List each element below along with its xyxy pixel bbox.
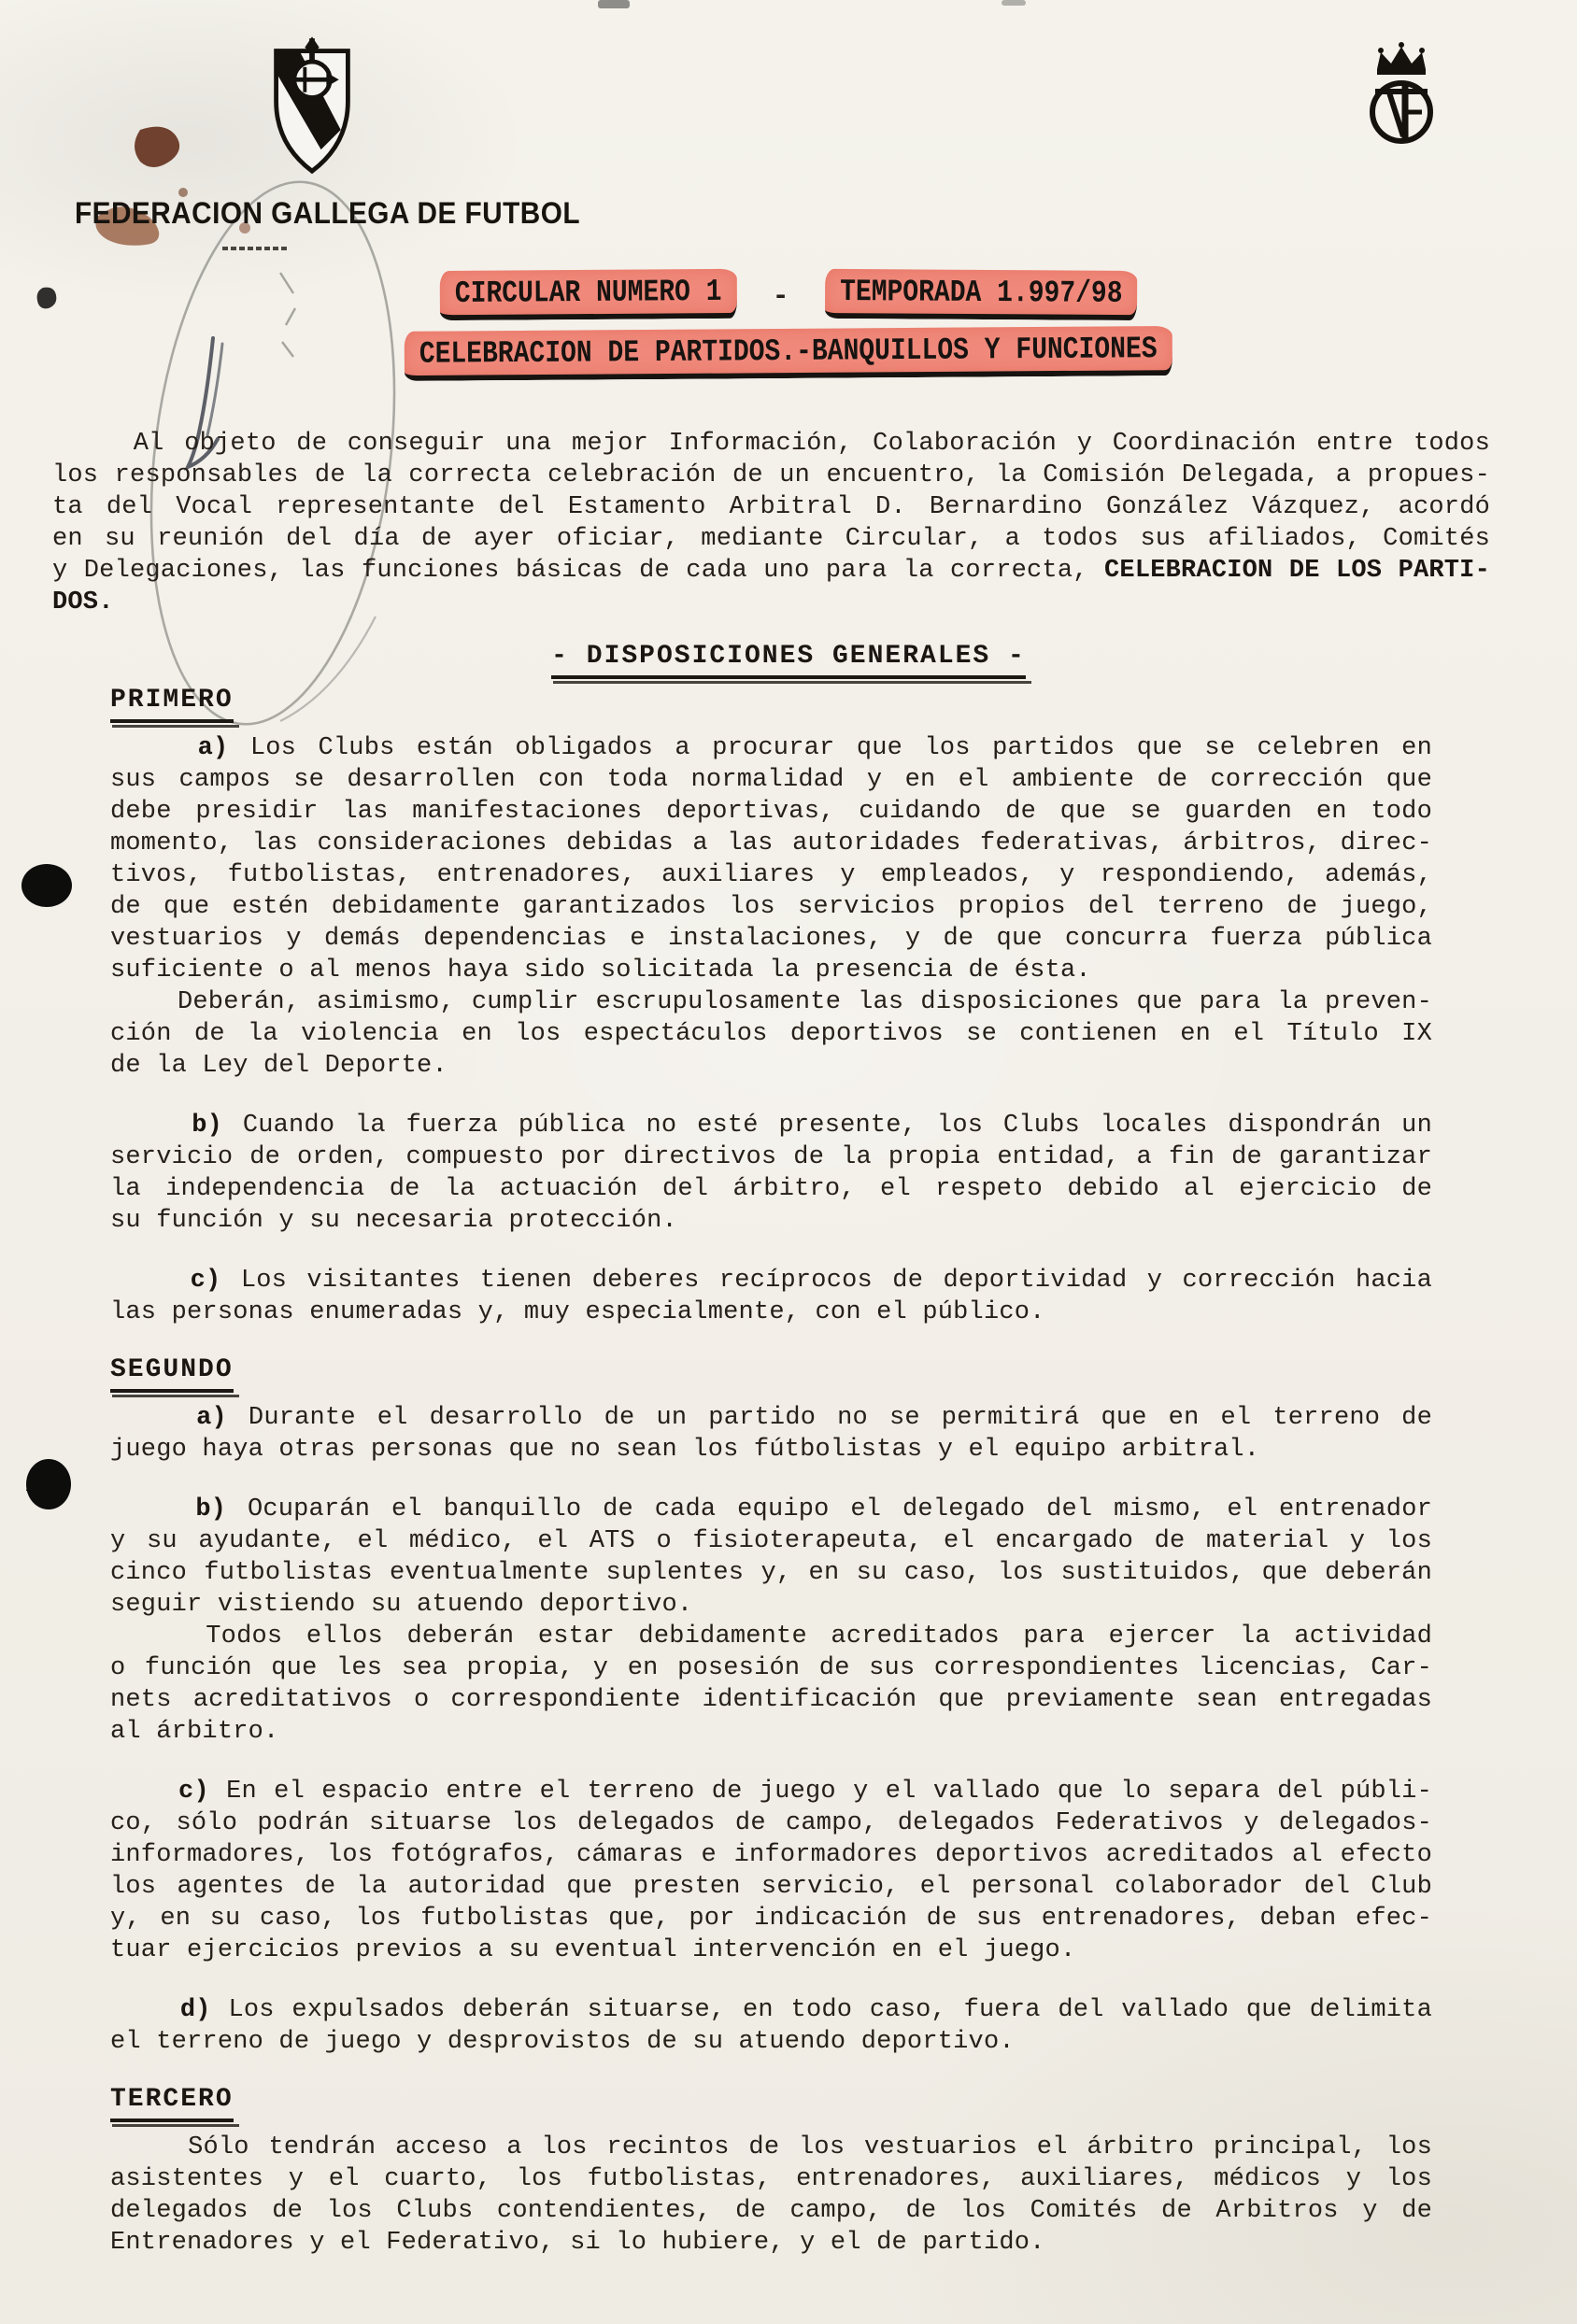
text-line: seguir vistiendo su atuendo deportivo.: [110, 1589, 1432, 1621]
body-paragraph: b) Ocuparán el banquillo de cada equipo …: [110, 1494, 1432, 1621]
text-line: asistentes y el cuarto, los futbolistas,…: [110, 2163, 1432, 2195]
crown-jewel: [1419, 48, 1425, 53]
text-line: momento, las consideraciones debidas a l…: [110, 828, 1432, 859]
heading-text: SEGUNDO: [110, 1354, 234, 1393]
monogram-v-stroke: [1388, 90, 1403, 136]
text-line: vestuarios y demás dependencias e instal…: [110, 923, 1432, 955]
text-line: b) Cuando la fuerza pública no esté pres…: [110, 1110, 1432, 1141]
text-line: Al objeto de conseguir una mejor Informa…: [52, 428, 1490, 460]
text-line: Todos ellos deberán estar debidamente ac…: [110, 1621, 1432, 1652]
section-heading: PRIMERO: [110, 685, 1577, 723]
heading-text: - DISPOSICIONES GENERALES -: [551, 641, 1026, 679]
document-body: Al objeto de conseguir una mejor Informa…: [0, 428, 1577, 2259]
body-paragraph: a) Los Clubs están obligados a procurar …: [110, 732, 1432, 986]
body-paragraph: Todos ellos deberán estar debidamente ac…: [110, 1621, 1432, 1748]
subject-title: CELEBRACION DE PARTIDOS.-BANQUILLOS Y FU…: [405, 326, 1172, 381]
text-line: tuar ejercicios previos a su eventual in…: [110, 1934, 1432, 1966]
scanned-document-page: FEDERACION GALLEGA DE FUTBOL CIRCULAR NU…: [0, 0, 1577, 2324]
text-line: de la Ley del Deporte.: [110, 1050, 1432, 1082]
text-line: servicio de orden, compuesto por directi…: [110, 1141, 1432, 1173]
text-line: los responsables de la correcta celebrac…: [52, 460, 1490, 491]
circular-number-title: CIRCULAR NUMERO 1: [440, 269, 737, 320]
text-line: tivos, futbolistas, entrenadores, auxili…: [110, 859, 1432, 891]
body-paragraph: b) Cuando la fuerza pública no esté pres…: [110, 1110, 1432, 1237]
text-line: los agentes de la autoridad que presten …: [110, 1871, 1432, 1903]
text-line: d) Los expulsados deberán situarse, en t…: [110, 1994, 1432, 2026]
crown-jewel: [1399, 42, 1404, 48]
text-line: a) Los Clubs están obligados a procurar …: [110, 732, 1432, 764]
text-line: y, en su caso, los futbolistas que, por …: [110, 1903, 1432, 1934]
body-paragraph: d) Los expulsados deberán situarse, en t…: [110, 1994, 1432, 2058]
text-line: al árbitro.: [110, 1716, 1432, 1748]
text-line: y Delegaciones, las funciones básicas de…: [52, 555, 1490, 587]
text-line: delegados de los Clubs contendientes, de…: [110, 2195, 1432, 2227]
crown-band: [1377, 69, 1426, 75]
org-name: FEDERACION GALLEGA DE FUTBOL: [75, 196, 580, 231]
text-line: la independencia de la actuación del árb…: [110, 1173, 1432, 1205]
body-paragraph: c) Los visitantes tienen deberes recípro…: [110, 1265, 1432, 1328]
body-paragraph: a) Durante el desarrollo de un partido n…: [110, 1402, 1432, 1466]
federation-shield-logo: [267, 35, 357, 181]
text-line: las personas enumeradas y, muy especialm…: [110, 1297, 1432, 1328]
title-line-1: CIRCULAR NUMERO 1 - TEMPORADA 1.997/98: [0, 277, 1577, 319]
text-line: Entrenadores y el Federativo, si lo hubi…: [110, 2227, 1432, 2259]
text-line: ción de la violencia en los espectáculos…: [110, 1018, 1432, 1050]
scan-edge-mark: [598, 0, 630, 8]
text-line: b) Ocuparán el banquillo de cada equipo …: [110, 1494, 1432, 1525]
body-paragraph: Deberán, asimismo, cumplir escrupulosame…: [110, 986, 1432, 1082]
text-line: cinco futbolistas eventualmente suplente…: [110, 1557, 1432, 1589]
season-title: TEMPORADA 1.997/98: [825, 269, 1138, 320]
text-line: c) En el espacio entre el terreno de jue…: [110, 1776, 1432, 1807]
text-line: co, sólo podrán situarse los delegados d…: [110, 1807, 1432, 1839]
heading-text: TERCERO: [110, 2084, 234, 2122]
crown-jewel: [1378, 48, 1384, 53]
text-line: a) Durante el desarrollo de un partido n…: [110, 1402, 1432, 1434]
body-paragraph: c) En el espacio entre el terreno de jue…: [110, 1776, 1432, 1966]
text-line: el terreno de juego y desprovistos de su…: [110, 2026, 1432, 2058]
text-line: de que estén debidamente garantizados lo…: [110, 891, 1432, 923]
heading-text: PRIMERO: [110, 685, 234, 723]
title-separator-dash: -: [773, 281, 789, 313]
text-line: debe presidir las manifestaciones deport…: [110, 796, 1432, 828]
text-line: su función y su necesaria protección.: [110, 1205, 1432, 1237]
text-line: nets acreditativos o correspondiente ide…: [110, 1684, 1432, 1716]
text-line: Deberán, asimismo, cumplir escrupulosame…: [110, 986, 1432, 1018]
text-line: ta del Vocal representante del Estamento…: [52, 491, 1490, 523]
scan-edge-mark: [1002, 0, 1026, 6]
text-line: juego haya otras personas que no sean lo…: [110, 1434, 1432, 1466]
text-line: y su ayudante, el médico, el ATS o fisio…: [110, 1525, 1432, 1557]
text-line: sus campos se desarrollen con toda norma…: [110, 764, 1432, 796]
text-line: o función que les sea propia, y en poses…: [110, 1652, 1432, 1684]
rust-stain: [135, 127, 179, 167]
body-paragraph: Sólo tendrán acceso a los recintos de lo…: [110, 2132, 1432, 2259]
intro-paragraph: Al objeto de conseguir una mejor Informa…: [52, 428, 1490, 618]
text-line: en su reunión del día de ayer oficiar, m…: [52, 523, 1490, 555]
org-name-underline: [222, 247, 288, 250]
titles-block: CIRCULAR NUMERO 1 - TEMPORADA 1.997/98 C…: [0, 277, 1577, 378]
title-line-2: CELEBRACION DE PARTIDOS.-BANQUILLOS Y FU…: [0, 336, 1577, 378]
section-heading: TERCERO: [110, 2084, 1577, 2122]
text-line: c) Los visitantes tienen deberes recípro…: [110, 1265, 1432, 1297]
text-line: DOS.: [52, 587, 1490, 618]
crown-monogram-logo: [1362, 41, 1441, 157]
text-line: suficiente o al menos haya sido solicita…: [110, 955, 1432, 986]
text-line: Sólo tendrán acceso a los recintos de lo…: [110, 2132, 1432, 2163]
section-heading: SEGUNDO: [110, 1354, 1577, 1393]
general-provisions-heading: - DISPOSICIONES GENERALES -: [0, 641, 1577, 679]
text-line: informadores, los fotógrafos, cámaras e …: [110, 1839, 1432, 1871]
crown-icon: [1377, 47, 1426, 69]
